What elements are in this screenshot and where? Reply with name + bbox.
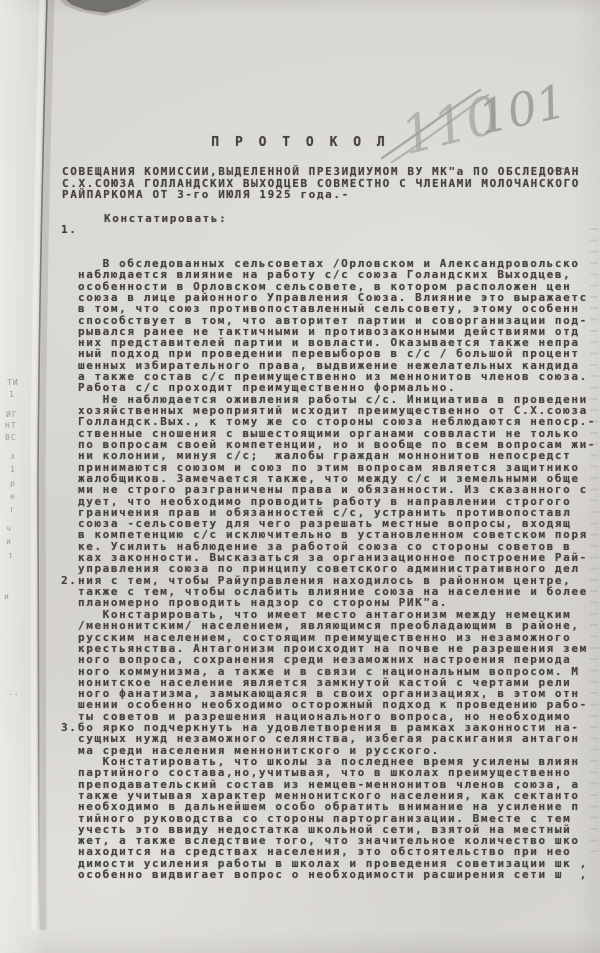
cut-off-text-fringe <box>590 228 598 852</box>
bleed-mark: .. <box>8 688 20 697</box>
text-line: управления союза по принципу советского … <box>78 563 596 574</box>
text-line: РАЙПАРКОМА ОТ 3-го ИЮЛЯ 1925 года.- <box>62 189 580 201</box>
text-line: Работа с/с проходит преимущественно форм… <box>78 382 596 393</box>
torn-edge-soft <box>60 0 150 16</box>
document-subtitle: СОВЕЩАНИЯ КОМИССИИ,ВЫДЕЛЕННОЙ ПРЕЗИДИУМО… <box>62 166 580 201</box>
item-number: 1. <box>61 224 77 235</box>
text-line: Голландск.Вых., к тому же со стороны сою… <box>78 416 596 427</box>
strike-stroke-2 <box>392 95 488 162</box>
crossed-number: 110 <box>395 85 506 167</box>
item-body: Констатировать, что школы за последнее в… <box>78 756 588 880</box>
bleed-mark: ВС <box>5 433 17 442</box>
text-line: в том, что союз противопоставленный сель… <box>78 303 596 314</box>
bleed-mark: р <box>10 479 16 488</box>
text-line: ного вопроса, сохранения среди незаможни… <box>78 654 588 665</box>
bleed-mark: ч <box>6 524 12 533</box>
text-line: СОВЕЩАНИЯ КОМИССИИ,ВЫДЕЛЕННОЙ ПРЕЗИДИУМО… <box>62 166 580 178</box>
text-line: ни колонии, минуя с/с; жалобы граждан мо… <box>78 450 596 461</box>
item-number: 3. <box>61 722 77 733</box>
text-line: ми не строго разграничены права и обязан… <box>78 484 596 495</box>
bleed-mark: з <box>10 452 16 461</box>
document-page: 110 101 П Р О Т О К О Л СОВЕЩАНИЯ КОМИСС… <box>0 0 600 953</box>
text-line: особенно видвигает вопрос о необходимост… <box>78 869 588 880</box>
text-line: необходимо в дальнейшем особо обратить в… <box>78 801 588 812</box>
pencil-annotation: 110 101 <box>382 74 571 167</box>
text-line: /меннонитским/ населением, являющимся пр… <box>78 620 588 631</box>
bleed-mark: и <box>6 537 12 546</box>
bleed-mark: т <box>8 551 14 560</box>
bleed-mark: и <box>4 592 10 601</box>
torn-edge <box>66 0 142 13</box>
protocol-item-1: 1. В обследованных сельсоветах /Орловско… <box>78 224 596 631</box>
bleed-mark: е <box>10 492 16 501</box>
bleed-mark: НТ <box>5 421 17 430</box>
bleed-mark: ИГ <box>6 410 18 419</box>
protocol-item-3: 3. Констатировать, что школы за последне… <box>78 722 588 903</box>
item-number: 2. <box>61 575 77 586</box>
bleed-mark: 1 <box>10 465 16 474</box>
text-line: партийного состава,но,учитывая, что в шк… <box>78 767 588 778</box>
document-title: П Р О Т О К О Л <box>0 135 600 150</box>
bleed-mark: г <box>10 505 16 514</box>
item-body: В обследованных сельсоветах /Орловском и… <box>78 258 596 609</box>
bleed-mark: ТИ <box>7 378 19 387</box>
text-line: наблюдается влияние на работу с/с союза … <box>78 269 596 280</box>
bleed-mark: 1 <box>9 390 15 399</box>
